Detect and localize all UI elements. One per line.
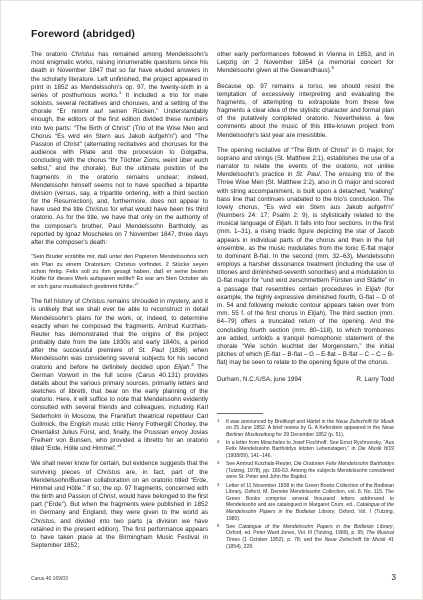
foreword-paragraph-1: The oratorio Christus has remained among… — [31, 51, 208, 247]
signature-place-date: Durham, N.C./USA, june 1994 — [217, 376, 301, 384]
footnote-2: 2 In a letter from Moscheles to Josef Fi… — [217, 440, 394, 460]
column-left: The oratorio Christus has remained among… — [31, 51, 208, 552]
footnote-text: See Arntrud Kurzhals-Reuter, Die Oratori… — [226, 461, 394, 480]
page-footer: Carus 40.169/03 3 — [31, 573, 396, 582]
footnote-3: 3 See Arntrud Kurzhals-Reuter, Die Orato… — [217, 461, 394, 481]
footnote-text: See Catalogue of the Mendelssohn Papers … — [226, 524, 394, 550]
footnote-number: 3 — [217, 460, 219, 466]
catalog-number: Carus 40.169/03 — [31, 576, 68, 582]
page-number: 3 — [392, 573, 396, 582]
footnote-number: 1 — [217, 418, 219, 424]
footnote-number: 2 — [217, 439, 219, 445]
page-title: Foreword (abridged) — [31, 28, 394, 40]
footnote-number: 5 — [217, 523, 219, 529]
footnote-text: It was announced by Breitkopf and Härtel… — [226, 419, 394, 438]
two-column-layout: The oratorio Christus has remained among… — [31, 51, 394, 552]
moscheles-quote-block: “Sein Bruder erzählte mir, daß unter den… — [31, 254, 208, 291]
column-right: other early performances followed in Vie… — [217, 51, 394, 552]
foreword-paragraph-5: Because op. 97 remains a torso, we shoul… — [217, 83, 394, 140]
signature-line: Durham, N.C./USA, june 1994 R. Larry Tod… — [217, 376, 394, 384]
footnote-separator-rule — [217, 413, 263, 414]
foreword-paragraph-3: We shall never know for certain, but evi… — [31, 460, 208, 550]
page-content: Foreword (abridged) The oratorio Christu… — [31, 28, 394, 552]
footnote-number: 4 — [217, 482, 219, 488]
document-page: Foreword (abridged) The oratorio Christu… — [0, 0, 423, 600]
footnote-text: Letter of 11 November 1838 in the Green … — [226, 483, 394, 522]
footnote-1: 1 It was announced by Breitkopf and Härt… — [217, 419, 394, 439]
footnote-text: In a letter from Moscheles to Josef Fisc… — [226, 440, 394, 459]
footnote-4: 4 Letter of 11 November 1838 in the Gree… — [217, 483, 394, 523]
signature-author: R. Larry Todd — [356, 376, 394, 384]
footnotes-block: 1 It was announced by Breitkopf and Härt… — [217, 413, 394, 551]
foreword-paragraph-4: other early performances followed in Vie… — [217, 51, 394, 76]
foreword-paragraph-6: The opening recitative of “The Birth of … — [217, 147, 394, 368]
foreword-paragraph-2: The full history of Christus remains shr… — [31, 298, 208, 453]
footnote-5: 5 See Catalogue of the Mendelssohn Paper… — [217, 524, 394, 550]
